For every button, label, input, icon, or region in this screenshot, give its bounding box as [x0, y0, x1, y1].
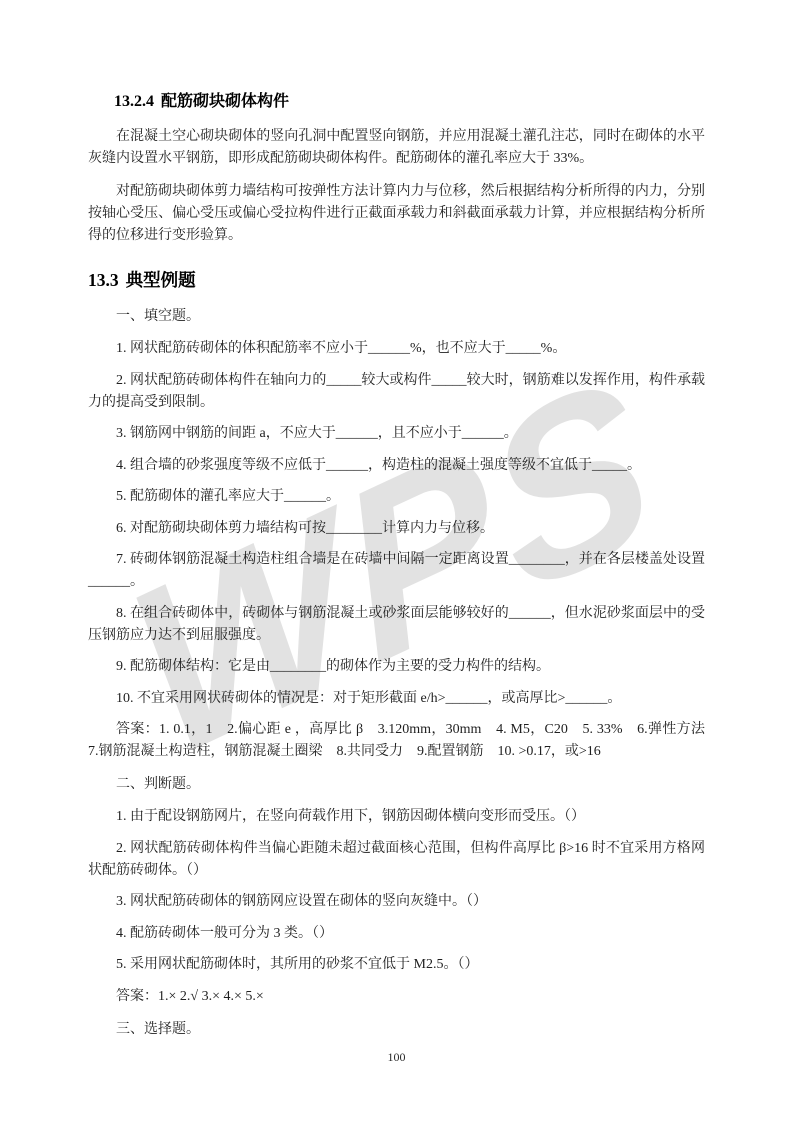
- page-number: 100: [0, 1050, 793, 1065]
- true-false-question-3: 3. 网状配筋砖砌体的钢筋网应设置在砌体的竖向灰缝中。（）: [88, 891, 705, 913]
- fill-blank-question-1: 1. 网状配筋砖砌体的体积配筋率不应小于______%，也不应大于_____%。: [88, 338, 705, 360]
- section-title: 典型例题: [126, 270, 196, 290]
- page-content: 13.2.4配筋砌块砌体构件 在混凝土空心砌块砌体的竖向孔洞中配置竖向钢筋，并应…: [0, 0, 793, 1041]
- true-false-question-5: 5. 采用网状配筋砌体时，其所用的砂浆不宜低于 M2.5。（）: [88, 954, 705, 976]
- paragraph-1: 在混凝土空心砌块砌体的竖向孔洞中配置竖向钢筋，并应用混凝土灌孔注芯，同时在砌体的…: [88, 126, 705, 170]
- fill-blank-question-6: 6. 对配筋砌块砌体剪力墙结构可按________计算内力与位移。: [88, 518, 705, 540]
- true-false-question-1: 1. 由于配设钢筋网片，在竖向荷载作用下，钢筋因砌体横向变形而受压。（）: [88, 806, 705, 828]
- fill-blank-question-2: 2. 网状配筋砖砌体构件在轴向力的_____较大或构件_____较大时，钢筋难以…: [88, 370, 705, 414]
- fill-blank-question-3: 3. 钢筋网中钢筋的间距 a，不应大于______，且不应小于______。: [88, 423, 705, 445]
- section-title: 配筋砌块砌体构件: [161, 93, 289, 110]
- fill-blank-question-4: 4. 组合墙的砂浆强度等级不应低于______，构造柱的混凝土强度等级不宜低于_…: [88, 455, 705, 477]
- fill-blank-question-8: 8. 在组合砖砌体中，砖砌体与钢筋混凝土或砂浆面层能够较好的______，但水泥…: [88, 603, 705, 647]
- fill-blank-question-9: 9. 配筋砌体结构：它是由________的砌体作为主要的受力构件的结构。: [88, 656, 705, 678]
- section-number: 13.2.4: [114, 93, 154, 110]
- section-number: 13.3: [88, 270, 119, 290]
- true-false-heading: 二、判断题。: [88, 774, 705, 796]
- multiple-choice-heading: 三、选择题。: [88, 1019, 705, 1041]
- fill-blank-question-5: 5. 配筋砌体的灌孔率应大于______。: [88, 486, 705, 508]
- section-heading-13-2-4: 13.2.4配筋砌块砌体构件: [114, 88, 705, 111]
- fill-blank-heading: 一、填空题。: [88, 306, 705, 328]
- fill-blank-question-7: 7. 砖砌体钢筋混凝土构造柱组合墙是在砖墙中间隔一定距离设置________，并…: [88, 549, 705, 593]
- true-false-question-4: 4. 配筋砖砌体一般可分为 3 类。（）: [88, 923, 705, 945]
- fill-blank-question-10: 10. 不宜采用网状砖砌体的情况是：对于矩形截面 e/h>______，或高厚比…: [88, 688, 705, 710]
- true-false-question-2: 2. 网状配筋砖砌体构件当偏心距随未超过截面核心范围，但构件高厚比 β>16 时…: [88, 838, 705, 882]
- document-page: WPS 13.2.4配筋砌块砌体构件 在混凝土空心砌块砌体的竖向孔洞中配置竖向钢…: [0, 0, 793, 1122]
- true-false-answers: 答案：1.× 2.√ 3.× 4.× 5.×: [88, 986, 705, 1008]
- paragraph-2: 对配筋砌块砌体剪力墙结构可按弹性方法计算内力与位移，然后根据结构分析所得的内力，…: [88, 181, 705, 247]
- fill-blank-answers: 答案：1. 0.1，1 2.偏心距 e ，高厚比 β 3.120mm，30mm …: [88, 719, 705, 763]
- section-heading-13-3: 13.3典型例题: [88, 267, 705, 292]
